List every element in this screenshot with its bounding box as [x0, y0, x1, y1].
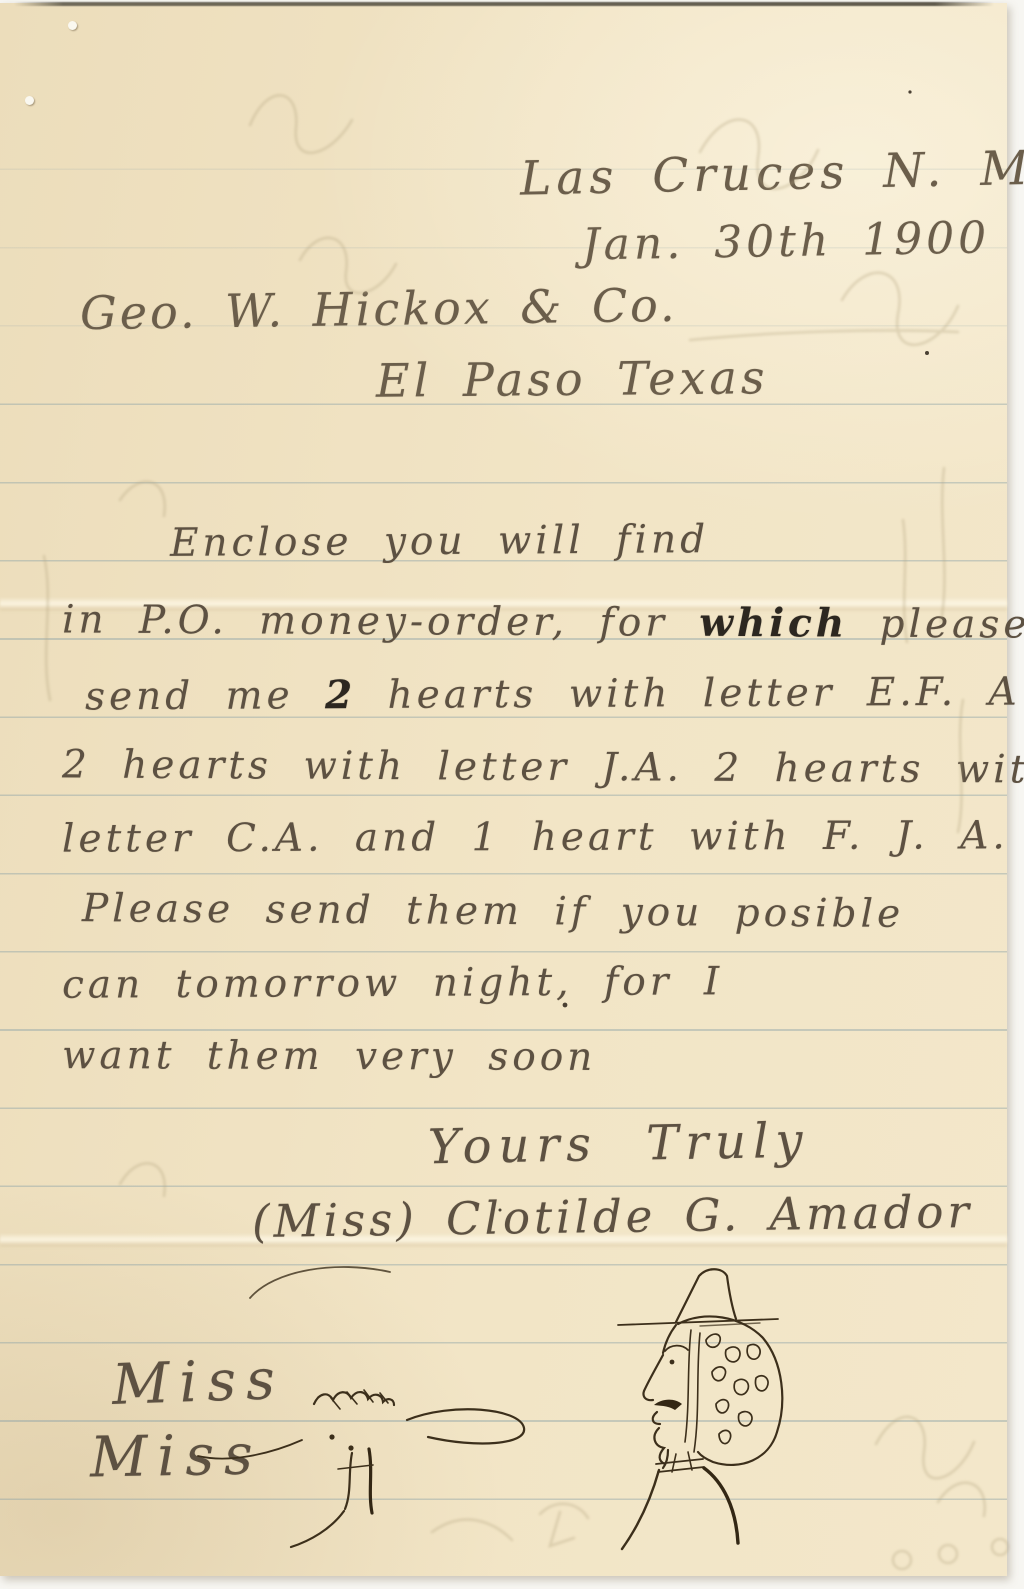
paper-top-edge-shadow: [14, 2, 994, 6]
body-text: please: [848, 602, 1024, 648]
body-text: hearts with letter E.F. A: [356, 670, 1021, 718]
body-text: Enclose you will find: [170, 517, 709, 566]
body-text: can tomorrow night, for I: [62, 959, 724, 1007]
closing-valediction: Yours Truly: [428, 1113, 810, 1176]
closing-signature: (Miss) Clotilde G. Amador: [252, 1185, 974, 1248]
pin-hole: [25, 96, 34, 105]
dateline-place: Las Cruces N. M.: [519, 140, 1024, 206]
body-line-6: Please send them if you posible: [82, 886, 904, 937]
body-text-dark: 2: [325, 672, 356, 718]
body-line-2: in P.O. money-order, for which please: [62, 596, 1024, 647]
body-text: 2 hearts with letter J.A. 2 hearts with: [62, 742, 1024, 792]
body-text: letter C.A. and 1 heart with F. J. A.: [62, 813, 1009, 861]
body-text-dark: which: [699, 600, 848, 647]
body-line-3: send me 2 hearts with letter E.F. A: [85, 669, 1021, 720]
body-text: send me: [85, 673, 325, 719]
body-line-5: letter C.A. and 1 heart with F. J. A.: [62, 813, 1009, 861]
body-line-8: want them very soon: [62, 1033, 597, 1080]
body-text: want them very soon: [62, 1033, 597, 1080]
body-text: Please send them if you posible: [82, 886, 904, 937]
body-line-7: can tomorrow night, for I: [62, 959, 724, 1007]
recipient-name: Geo. W. Hickox & Co.: [80, 278, 678, 340]
postscript-miss-2: Miss: [89, 1422, 263, 1490]
dateline-date: Jan. 30th 1900: [582, 212, 991, 270]
body-line-1: Enclose you will find: [170, 517, 709, 566]
pin-hole: [68, 21, 77, 30]
scanned-letter-page: Las Cruces N. M. Jan. 30th 1900 Geo. W. …: [0, 0, 1024, 1589]
postscript-miss-1: Miss: [111, 1347, 286, 1418]
body-line-4: 2 hearts with letter J.A. 2 hearts with: [62, 742, 1024, 792]
body-text: in P.O. money-order, for: [62, 597, 700, 645]
recipient-address: El Paso Texas: [376, 350, 769, 407]
